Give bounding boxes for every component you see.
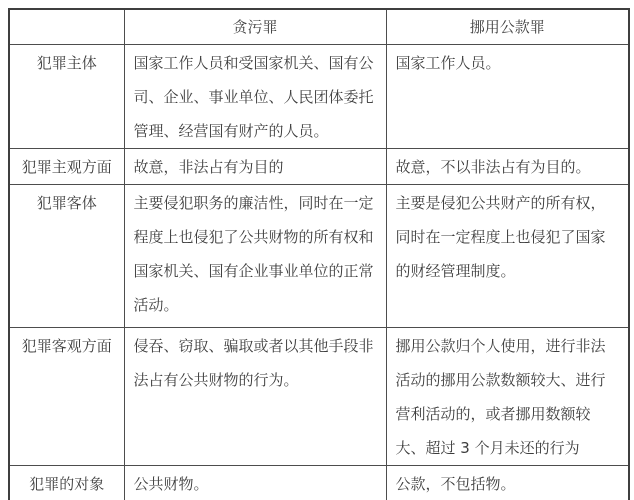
header-cell-misappropriation-crime: 挪用公款罪	[386, 9, 629, 45]
row-label-crime-subject: 犯罪主体	[9, 45, 124, 149]
table-row-crime-subject: 犯罪主体 国家工作人员和受国家机关、国有公司、企业、事业单位、人民团体委托管理、…	[9, 45, 629, 149]
cell-target-misappropriation: 公款，不包括物。	[386, 466, 629, 500]
cell-mental-corruption: 故意，非法占有为目的	[124, 149, 386, 185]
cell-objective-misappropriation: 挪用公款归个人使用，进行非法活动的挪用公款数额较大、进行营利活动的，或者挪用数额…	[386, 328, 629, 466]
cell-objective-corruption: 侵吞、窃取、骗取或者以其他手段非法占有公共财物的行为。	[124, 328, 386, 466]
cell-target-corruption: 公共财物。	[124, 466, 386, 500]
row-label-crime-object: 犯罪客体	[9, 185, 124, 328]
table-row-crime-target: 犯罪的对象 公共财物。 公款，不包括物。	[9, 466, 629, 500]
table-row-objective-aspect: 犯罪客观方面 侵吞、窃取、骗取或者以其他手段非法占有公共财物的行为。 挪用公款归…	[9, 328, 629, 466]
cell-subject-corruption: 国家工作人员和受国家机关、国有公司、企业、事业单位、人民团体委托管理、经营国有财…	[124, 45, 386, 149]
row-label-objective-aspect: 犯罪客观方面	[9, 328, 124, 466]
table-header-row: 贪污罪 挪用公款罪	[9, 9, 629, 45]
table-row-mental-aspect: 犯罪主观方面 故意，非法占有为目的 故意，不以非法占有为目的。	[9, 149, 629, 185]
table-row-crime-object: 犯罪客体 主要侵犯职务的廉洁性，同时在一定程度上也侵犯了公共财物的所有权和国家机…	[9, 185, 629, 328]
cell-mental-misappropriation: 故意，不以非法占有为目的。	[386, 149, 629, 185]
page: 贪污罪 挪用公款罪 犯罪主体 国家工作人员和受国家机关、国有公司、企业、事业单位…	[0, 0, 634, 500]
header-cell-empty	[9, 9, 124, 45]
row-label-mental-aspect: 犯罪主观方面	[9, 149, 124, 185]
cell-subject-misappropriation: 国家工作人员。	[386, 45, 629, 149]
header-cell-corruption-crime: 贪污罪	[124, 9, 386, 45]
row-label-crime-target: 犯罪的对象	[9, 466, 124, 500]
cell-object-corruption: 主要侵犯职务的廉洁性，同时在一定程度上也侵犯了公共财物的所有权和国家机关、国有企…	[124, 185, 386, 328]
cell-object-misappropriation: 主要是侵犯公共财产的所有权，同时在一定程度上也侵犯了国家的财经管理制度。	[386, 185, 629, 328]
crime-comparison-table: 贪污罪 挪用公款罪 犯罪主体 国家工作人员和受国家机关、国有公司、企业、事业单位…	[8, 8, 630, 500]
